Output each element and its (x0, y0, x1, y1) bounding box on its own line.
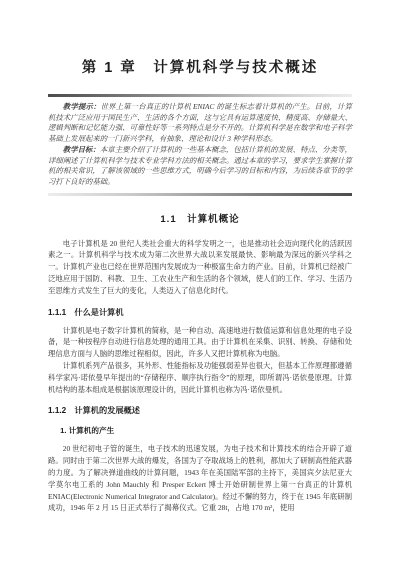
numbered-item-heading: 1. 计算机的产生 (48, 425, 352, 436)
subsection-heading-1-1-1: 1.1.1 什么是计算机 (48, 307, 352, 318)
teaching-goal-label: 教学目标： (63, 145, 100, 154)
subsection-2-paragraph: 20 世纪初电子管的诞生，电子技术的迅速发展，为电子技术和计算技术的结合开辟了道… (48, 443, 352, 514)
subsection-1-paragraph-2: 计算机系列产品很多，其外形、性能指标及功能强弱差异也很大，但基本工作原理都遵循科… (48, 360, 352, 395)
section-intro-paragraph: 电子计算机是 20 世纪人类社会重大的科学发明之一，也是推动社会迈向现代化的活跃… (48, 238, 352, 297)
tips-top-divider (48, 94, 352, 97)
teaching-tip-paragraph: 教学提示：世界上第一台真正的计算机 ENIAC 的诞生标志着计算机的产生。目前，… (48, 102, 352, 145)
teaching-tips-box: 教学提示：世界上第一台真正的计算机 ENIAC 的诞生标志着计算机的产生。目前，… (48, 94, 352, 196)
teaching-tip-label: 教学提示： (63, 102, 101, 111)
book-page: 第 1 章 计算机科学与技术概述 教学提示：世界上第一台真正的计算机 ENIAC… (0, 0, 400, 566)
subsection-heading-1-1-2: 1.1.2 计算机的发展概述 (48, 405, 352, 416)
section-heading-1-1: 1.1 计算机概论 (48, 211, 352, 225)
subsection-1-paragraph-1: 计算机是电子数字计算机的简称，是一种自动、高速地进行数值运算和信息处理的电子设备… (48, 325, 352, 360)
chapter-title: 第 1 章 计算机科学与技术概述 (48, 56, 352, 77)
teaching-goal-paragraph: 教学目标：本章主要介绍了计算机的一些基本概念，包括计算机的发展、特点、分类等，详… (48, 145, 352, 188)
tips-bottom-divider (48, 193, 352, 196)
